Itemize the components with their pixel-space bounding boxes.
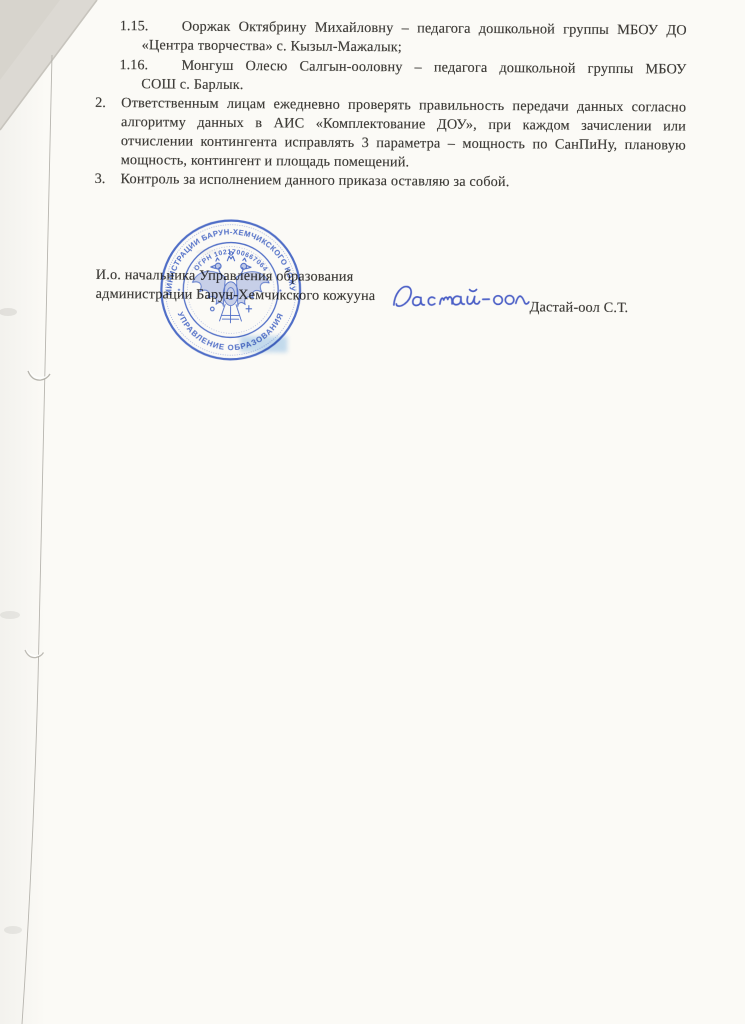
stamp-separator-right: * <box>279 289 282 296</box>
item-2-line-4: мощность, контингент и площадь помещений… <box>121 151 410 172</box>
handwritten-signature <box>389 276 530 315</box>
item-1-16-line-2: СОШ с. Барлык. <box>141 75 243 95</box>
item-3-line-1: Контроль за исполнением данного приказа … <box>121 170 510 192</box>
item-1-15-line-2: «Центра творчества» с. Кызыл-Мажалык; <box>142 36 402 57</box>
stamp-separator-left: * <box>178 288 181 295</box>
scanned-document-page: 1.15. Ооржак Октябрину Михайловну – педа… <box>0 0 745 1024</box>
item-3-number: 3. <box>95 170 106 189</box>
item-1-15-number: 1.15. <box>120 17 149 36</box>
item-2-number: 2. <box>95 94 106 113</box>
document-content: 1.15. Ооржак Октябрину Михайловну – педа… <box>0 0 745 1024</box>
signature-strokes <box>394 284 529 306</box>
item-1-16-line-1: Монгуш Олесю Салгын-ооловну – педагога д… <box>181 57 686 80</box>
signatory-name: Дастай-оол С.Т. <box>530 298 629 318</box>
item-1-16-number: 1.16. <box>119 56 148 75</box>
stamp-smudge <box>240 336 287 352</box>
